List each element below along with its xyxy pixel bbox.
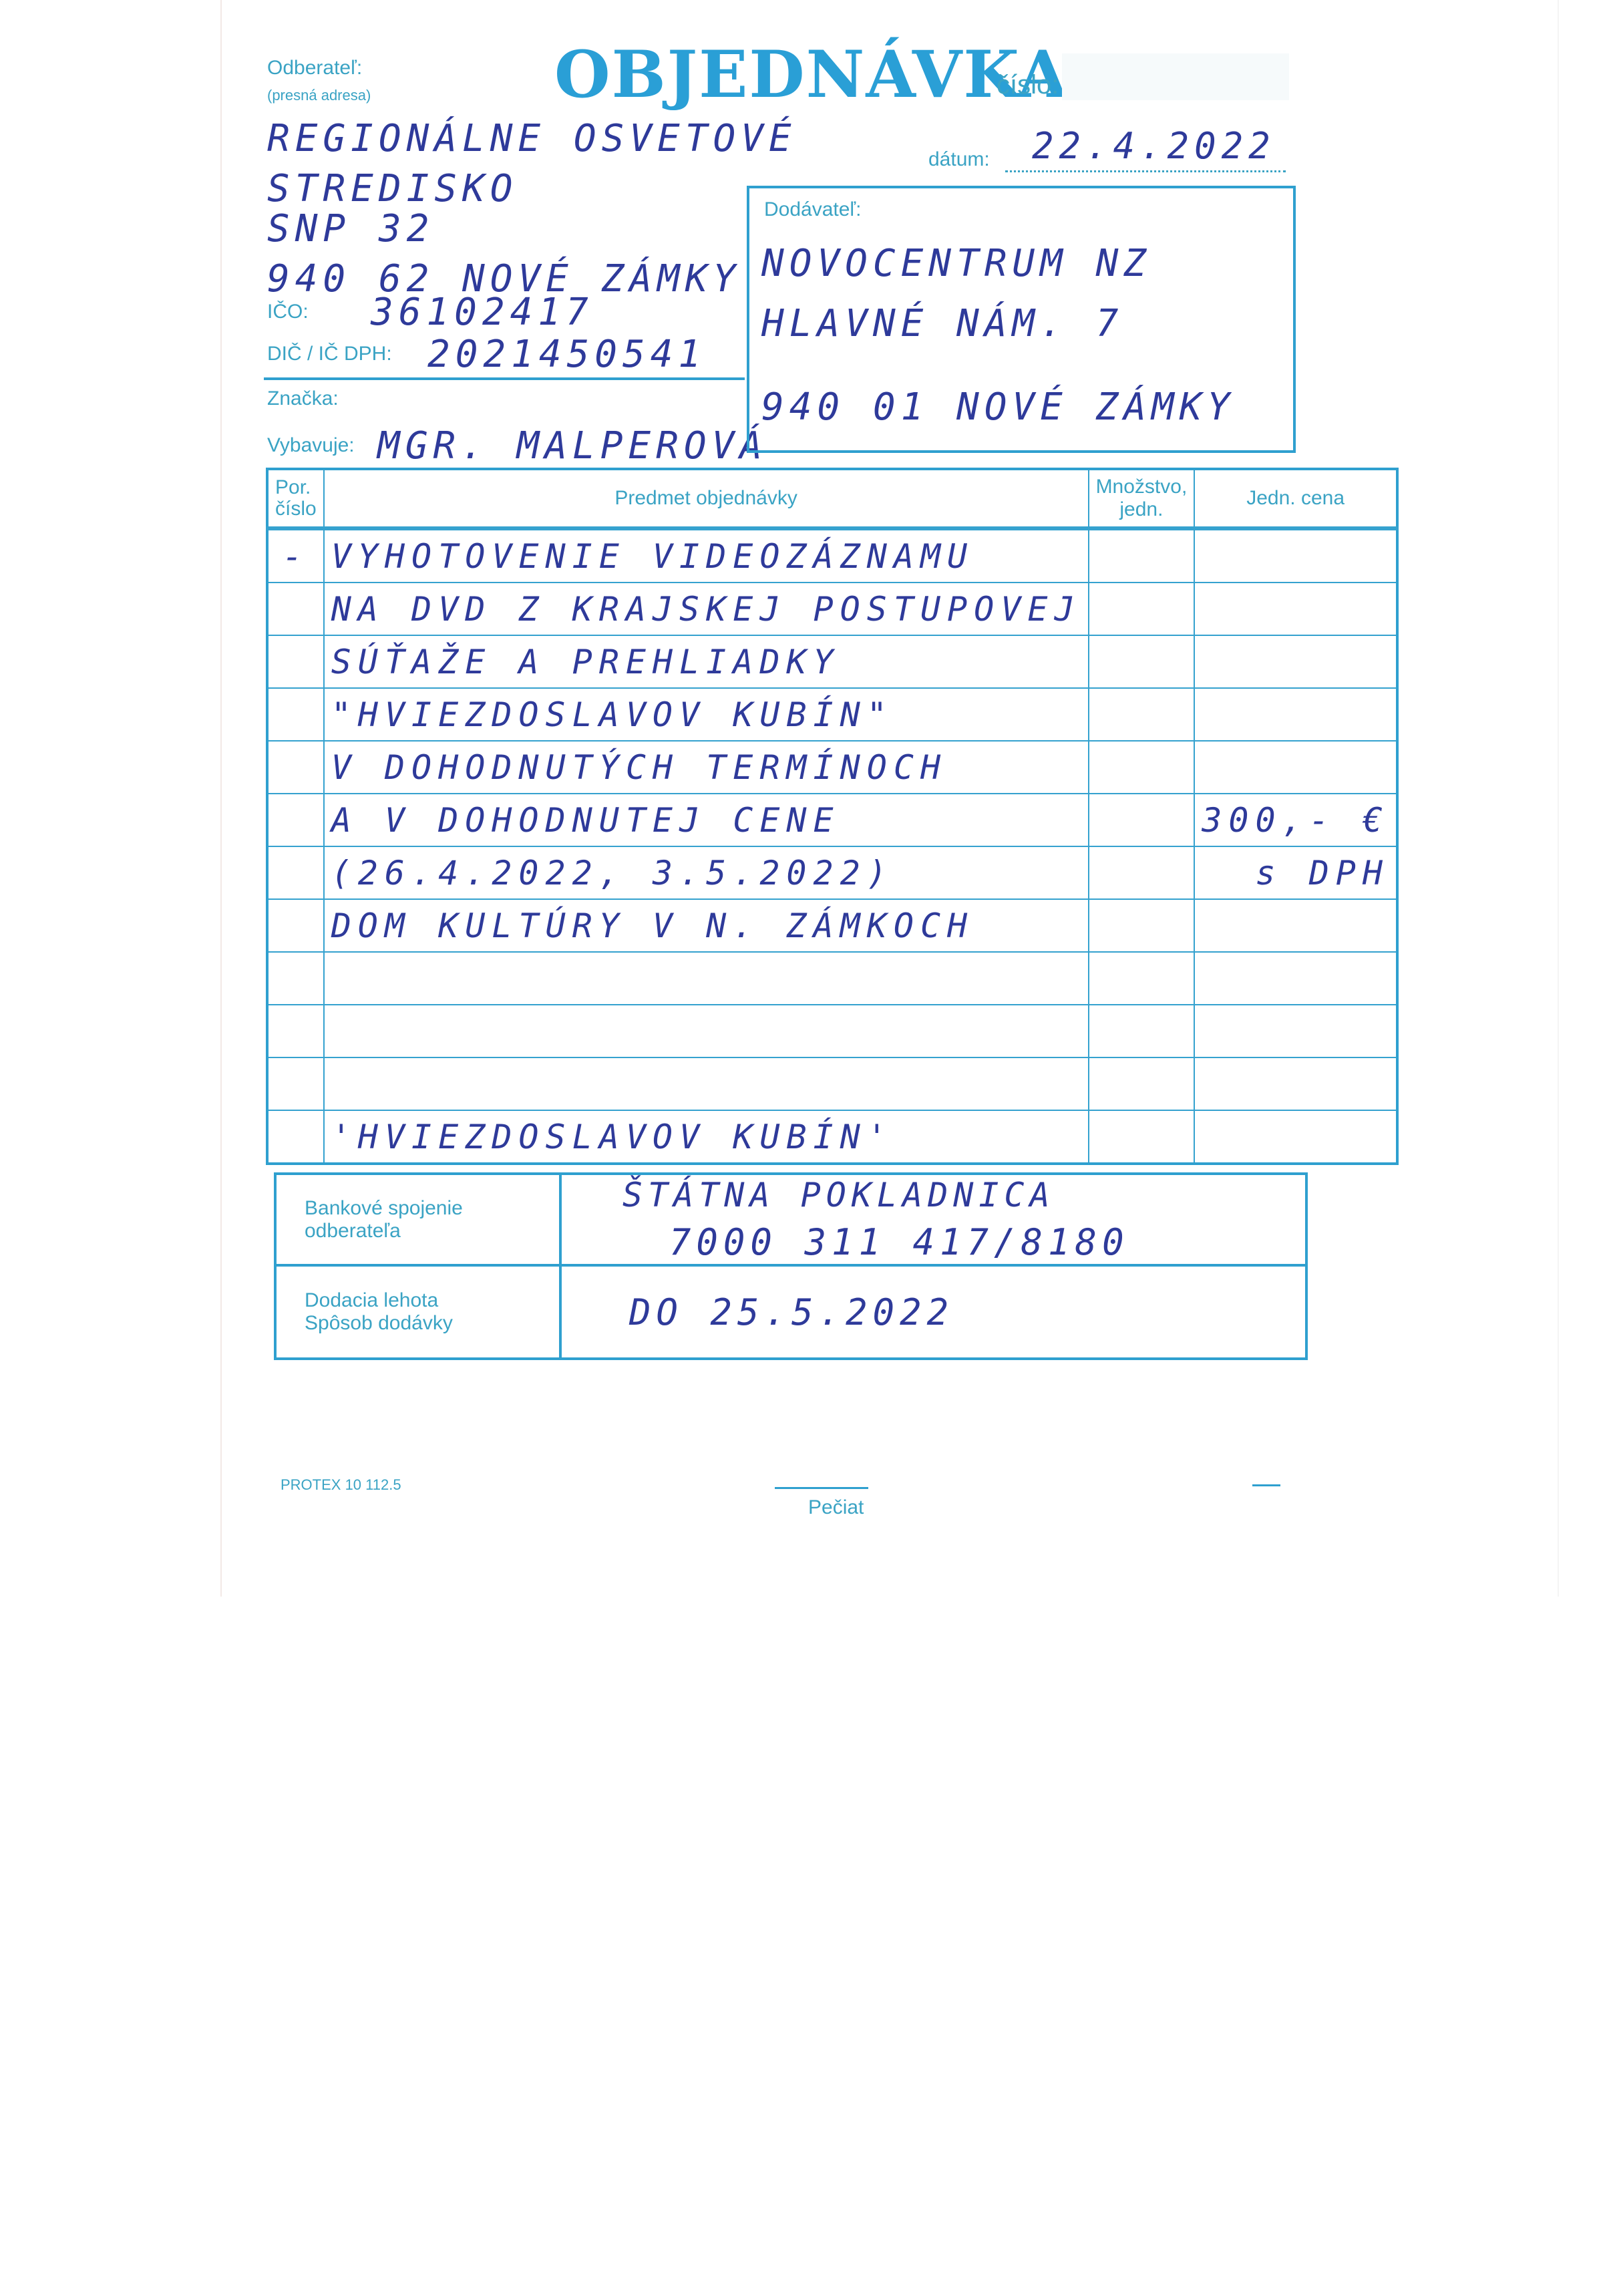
delivery-row: Dodacia lehota Spôsob dodávky DO 25.5.20…: [275, 1265, 1306, 1359]
item-qty-cell[interactable]: [1089, 846, 1195, 899]
table-row: (26.4.2022, 3.5.2022)s DPH: [267, 846, 1397, 899]
stamp-line: [775, 1487, 868, 1489]
table-row: "HVIEZDOSLAVOV KUBÍN": [267, 688, 1397, 741]
item-price-cell[interactable]: 300,- €: [1194, 794, 1397, 846]
bank-label-2: odberateľa: [305, 1220, 558, 1243]
header-price: Jedn. cena: [1194, 469, 1397, 528]
item-no-cell[interactable]: [267, 635, 324, 688]
item-no-cell[interactable]: -: [267, 528, 324, 583]
bank-name: ŠTÁTNA POKLADNICA: [622, 1176, 1304, 1214]
supplier-box: Dodávateľ: NOVOCENTRUM NZ HLAVNÉ NÁM. 7 …: [747, 186, 1296, 453]
item-no-cell[interactable]: [267, 1110, 324, 1164]
item-subject-value: "HVIEZDOSLAVOV KUBÍN": [331, 695, 894, 734]
item-qty-cell[interactable]: [1089, 528, 1195, 583]
table-row: DOM KULTÚRY V N. ZÁMKOCH: [267, 899, 1397, 952]
number-field[interactable]: [1062, 53, 1289, 100]
bank-value-cell[interactable]: ŠTÁTNA POKLADNICA 7000 311 417/8180: [560, 1174, 1306, 1265]
item-subject-value: NA DVD Z KRAJSKEJ POSTUPOVEJ: [331, 590, 1081, 629]
table-row: [267, 952, 1397, 1005]
item-subject-cell[interactable]: VYHOTOVENIE VIDEOZÁZNAMU: [324, 528, 1089, 583]
item-no-cell[interactable]: [267, 899, 324, 952]
date-value: 22.4.2022: [1032, 125, 1276, 167]
item-subject-cell[interactable]: [324, 952, 1089, 1005]
number-label: číslo:: [997, 70, 1059, 100]
table-row: SÚŤAŽE A PREHLIADKY: [267, 635, 1397, 688]
item-subject-cell[interactable]: [324, 1005, 1089, 1057]
header-subject: Predmet objednávky: [324, 469, 1089, 528]
vybavuje-label: Vybavuje:: [267, 434, 355, 457]
vybavuje-value: MGR. MALPEROVÁ: [377, 424, 767, 468]
ico-label: IČO:: [267, 301, 309, 323]
table-row: A V DOHODNUTEJ CENE300,- €: [267, 794, 1397, 846]
bank-label: Bankové spojenie: [305, 1197, 558, 1220]
item-price-value: s DPH: [1255, 854, 1389, 892]
item-price-cell[interactable]: s DPH: [1194, 846, 1397, 899]
bank-row: Bankové spojenie odberateľa ŠTÁTNA POKLA…: [275, 1174, 1306, 1265]
item-no-cell[interactable]: [267, 952, 324, 1005]
item-price-cell[interactable]: [1194, 1110, 1397, 1164]
item-price-cell[interactable]: [1194, 1057, 1397, 1110]
item-qty-cell[interactable]: [1089, 635, 1195, 688]
item-subject-cell[interactable]: A V DOHODNUTEJ CENE: [324, 794, 1089, 846]
item-no-value: -: [283, 537, 309, 576]
dic-value: 2021450541: [427, 333, 706, 376]
item-no-cell[interactable]: [267, 688, 324, 741]
header-no: Por. číslo: [267, 469, 324, 528]
item-qty-cell[interactable]: [1089, 583, 1195, 635]
item-subject-value: V DOHODNUTÝCH TERMÍNOCH: [331, 748, 947, 787]
delivery-value-cell[interactable]: DO 25.5.2022: [560, 1265, 1306, 1359]
customer-address-line: REGIONÁLNE OSVETOVÉ: [267, 117, 797, 160]
item-subject-cell[interactable]: (26.4.2022, 3.5.2022): [324, 846, 1089, 899]
item-price-cell[interactable]: [1194, 741, 1397, 794]
header-qty: Množstvo, jedn.: [1089, 469, 1195, 528]
supplier-line: 940 01 NOVÉ ZÁMKY: [761, 385, 1235, 429]
customer-sublabel: (presná adresa): [267, 87, 371, 104]
item-no-cell[interactable]: [267, 794, 324, 846]
table-row: V DOHODNUTÝCH TERMÍNOCH: [267, 741, 1397, 794]
delivery-label: Dodacia lehota: [305, 1289, 558, 1312]
item-qty-cell[interactable]: [1089, 952, 1195, 1005]
table-row: [267, 1057, 1397, 1110]
item-price-cell[interactable]: [1194, 688, 1397, 741]
bank-delivery-table: Bankové spojenie odberateľa ŠTÁTNA POKLA…: [274, 1172, 1308, 1360]
table-row: 'HVIEZDOSLAVOV KUBÍN': [267, 1110, 1397, 1164]
item-subject-cell[interactable]: "HVIEZDOSLAVOV KUBÍN": [324, 688, 1089, 741]
item-price-cell[interactable]: [1194, 528, 1397, 583]
item-subject-cell[interactable]: NA DVD Z KRAJSKEJ POSTUPOVEJ: [324, 583, 1089, 635]
item-subject-value: SÚŤAŽE A PREHLIADKY: [331, 643, 840, 681]
item-qty-cell[interactable]: [1089, 899, 1195, 952]
item-qty-cell[interactable]: [1089, 688, 1195, 741]
item-no-cell[interactable]: [267, 1005, 324, 1057]
date-label: dátum:: [928, 148, 990, 171]
item-qty-cell[interactable]: [1089, 741, 1195, 794]
item-price-cell[interactable]: [1194, 635, 1397, 688]
table-row: [267, 1005, 1397, 1057]
item-qty-cell[interactable]: [1089, 1005, 1195, 1057]
item-subject-cell[interactable]: SÚŤAŽE A PREHLIADKY: [324, 635, 1089, 688]
item-subject-value: (26.4.2022, 3.5.2022): [331, 854, 894, 892]
item-subject-value: 'HVIEZDOSLAVOV KUBÍN': [331, 1118, 894, 1156]
supplier-label: Dodávateľ:: [764, 198, 862, 221]
item-qty-cell[interactable]: [1089, 1110, 1195, 1164]
item-price-cell[interactable]: [1194, 583, 1397, 635]
signature-line: [1252, 1484, 1280, 1486]
item-no-cell[interactable]: [267, 583, 324, 635]
item-subject-cell[interactable]: V DOHODNUTÝCH TERMÍNOCH: [324, 741, 1089, 794]
stamp-label: Pečiat: [808, 1496, 864, 1519]
item-qty-cell[interactable]: [1089, 1057, 1195, 1110]
item-no-cell[interactable]: [267, 741, 324, 794]
item-subject-cell[interactable]: [324, 1057, 1089, 1110]
form-code: PROTEX 10 112.5: [281, 1476, 401, 1494]
form-title: OBJEDNÁVKA: [554, 37, 1069, 112]
divider: [264, 377, 745, 380]
dic-label: DIČ / IČ DPH:: [267, 343, 392, 365]
ico-value: 36102417: [371, 291, 594, 334]
delivery-label-2: Spôsob dodávky: [305, 1312, 558, 1335]
item-price-value: 300,- €: [1202, 801, 1389, 840]
items-table-header: Por. číslo Predmet objednávky Množstvo, …: [267, 469, 1397, 528]
table-row: -VYHOTOVENIE VIDEOZÁZNAMU: [267, 528, 1397, 583]
item-subject-cell[interactable]: DOM KULTÚRY V N. ZÁMKOCH: [324, 899, 1089, 952]
item-subject-value: DOM KULTÚRY V N. ZÁMKOCH: [331, 907, 974, 945]
item-price-cell[interactable]: [1194, 1005, 1397, 1057]
item-no-cell[interactable]: [267, 846, 324, 899]
item-no-cell[interactable]: [267, 1057, 324, 1110]
item-price-cell[interactable]: [1194, 952, 1397, 1005]
item-subject-value: A V DOHODNUTEJ CENE: [331, 801, 840, 840]
table-row: NA DVD Z KRAJSKEJ POSTUPOVEJ: [267, 583, 1397, 635]
item-subject-value: VYHOTOVENIE VIDEOZÁZNAMU: [331, 537, 974, 576]
bank-account: 7000 311 417/8180: [669, 1221, 1304, 1263]
item-price-cell[interactable]: [1194, 899, 1397, 952]
supplier-line: HLAVNÉ NÁM. 7: [761, 302, 1123, 345]
delivery-value: DO 25.5.2022: [629, 1291, 1304, 1333]
znacka-label: Značka:: [267, 387, 339, 410]
supplier-line: NOVOCENTRUM NZ: [761, 242, 1151, 285]
customer-address-line: STREDISKO: [267, 167, 518, 210]
customer-label: Odberateľ:: [267, 57, 362, 79]
customer-address-line: SNP 32: [267, 207, 434, 251]
item-qty-cell[interactable]: [1089, 794, 1195, 846]
date-field[interactable]: 22.4.2022: [1005, 137, 1286, 172]
item-subject-cell[interactable]: 'HVIEZDOSLAVOV KUBÍN': [324, 1110, 1089, 1164]
items-table: Por. číslo Predmet objednávky Množstvo, …: [266, 468, 1399, 1165]
